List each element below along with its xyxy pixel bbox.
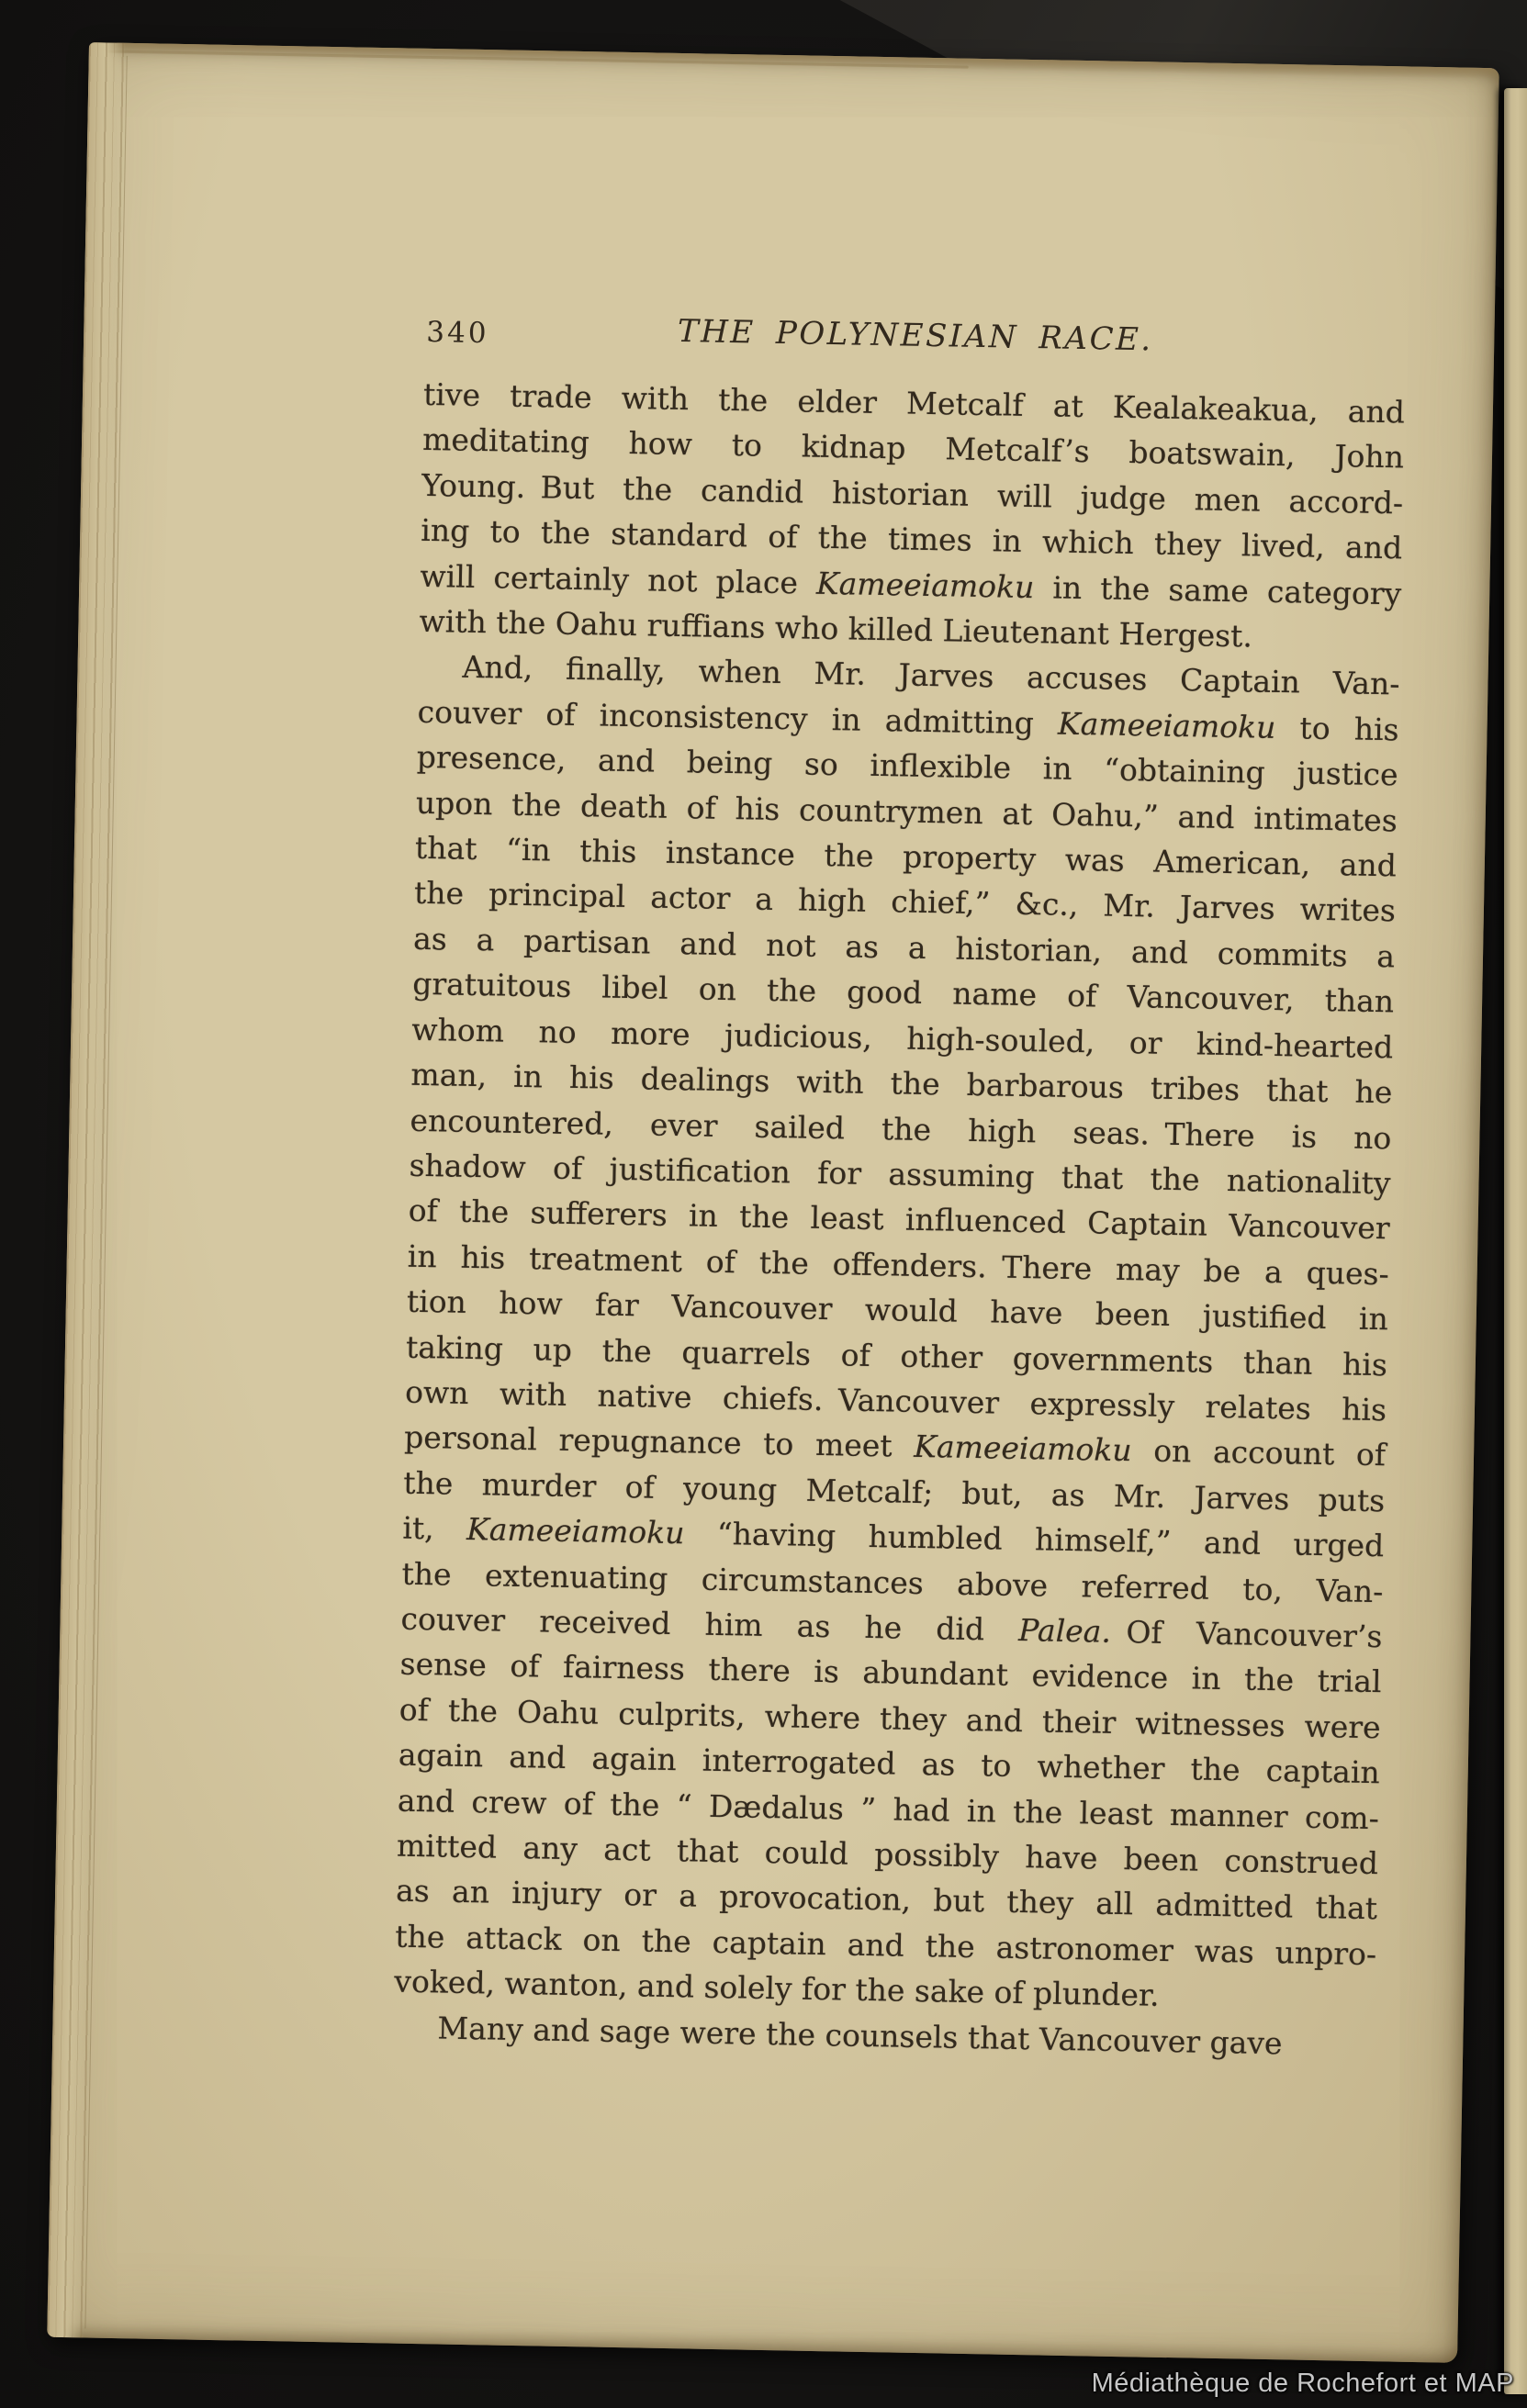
book-page: 340 THE POLYNESIAN RACE. tive trade with… [47,42,1499,2363]
running-title: THE POLYNESIAN RACE. [424,308,1407,364]
body-text: tive trade with the elder Metcalf at Kea… [393,372,1405,2067]
page-number: 340 [426,316,489,350]
page-stack-edges [47,42,126,2337]
next-page-fore-edge [1504,88,1527,2394]
library-watermark: Médiathèque de Rochefort et MAP [1092,2369,1514,2399]
page-header: 340 THE POLYNESIAN RACE. [424,308,1407,378]
scanned-book-photo: 340 THE POLYNESIAN RACE. tive trade with… [0,0,1527,2408]
